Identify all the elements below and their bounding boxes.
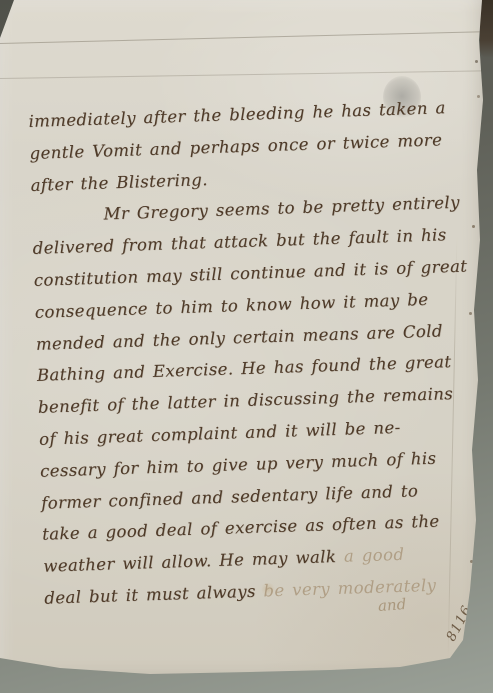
manuscript-line-segment: of his great complaint and it will be ne…	[39, 418, 401, 449]
manuscript-line-segment: Mr Gregory seems to be pretty entirely	[103, 193, 460, 224]
horizontal-fold-crease	[0, 70, 487, 79]
manuscript-line-segment: be very moderately	[263, 576, 436, 601]
horizontal-fold-crease	[0, 31, 487, 44]
manuscript-line-segment: a good	[344, 545, 405, 566]
adjacent-leaf-edge	[480, 0, 493, 58]
catchword: and	[377, 595, 406, 615]
manuscript-line-segment: deal but it must always	[44, 581, 264, 607]
manuscript-page: immediately after the bleeding he has ta…	[0, 0, 493, 693]
manuscript-line-segment: weather will allow. He may walk	[43, 547, 344, 576]
edge-wear-specks	[472, 225, 475, 228]
manuscript-text: immediately after the bleeding he has ta…	[28, 92, 475, 615]
manuscript-line-segment: gentle Vomit and perhaps once or twice m…	[29, 130, 442, 163]
manuscript-scan: immediately after the bleeding he has ta…	[0, 0, 493, 693]
manuscript-line-segment: after the Blistering.	[30, 170, 208, 195]
